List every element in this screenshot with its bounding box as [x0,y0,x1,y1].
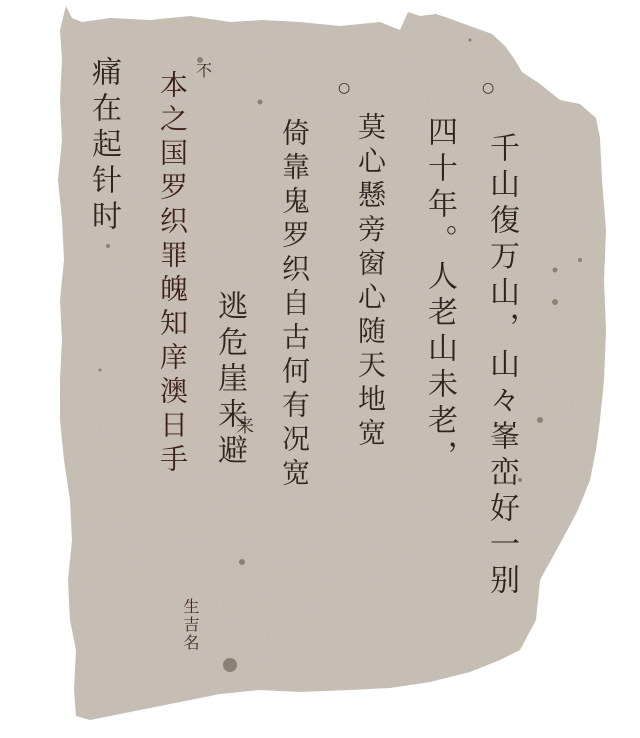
margin-note: 不 [196,58,212,81]
manuscript-column-3: 莫心懸旁窗心随天地宽 [356,112,384,452]
insertion-note: 来 [236,412,254,438]
manuscript-column-4: 倚靠鬼罗织自古何有况宽 [280,118,308,492]
circle-mark-icon: ○ [338,80,350,96]
manuscript-column-6: 本之国罗织罪魄知庠澳日手 [158,70,186,478]
circle-mark-icon: ○ [482,80,494,96]
manuscript-column-7: 痛在起针时 [88,56,118,236]
manuscript-column-2: 四十年。人老山未老， [424,116,454,476]
manuscript-column-5: 逃危崖来避 [214,290,244,470]
signature-note: 生吉名 [182,598,198,652]
manuscript-column-1: 千山復万山，山々峯峦好一别 [486,132,516,600]
manuscript-photo: 千山復万山，山々峯峦好一别 四十年。人老山未老， 莫心懸旁窗心随天地宽 倚靠鬼罗… [0,0,640,738]
paper-shape [58,6,606,720]
